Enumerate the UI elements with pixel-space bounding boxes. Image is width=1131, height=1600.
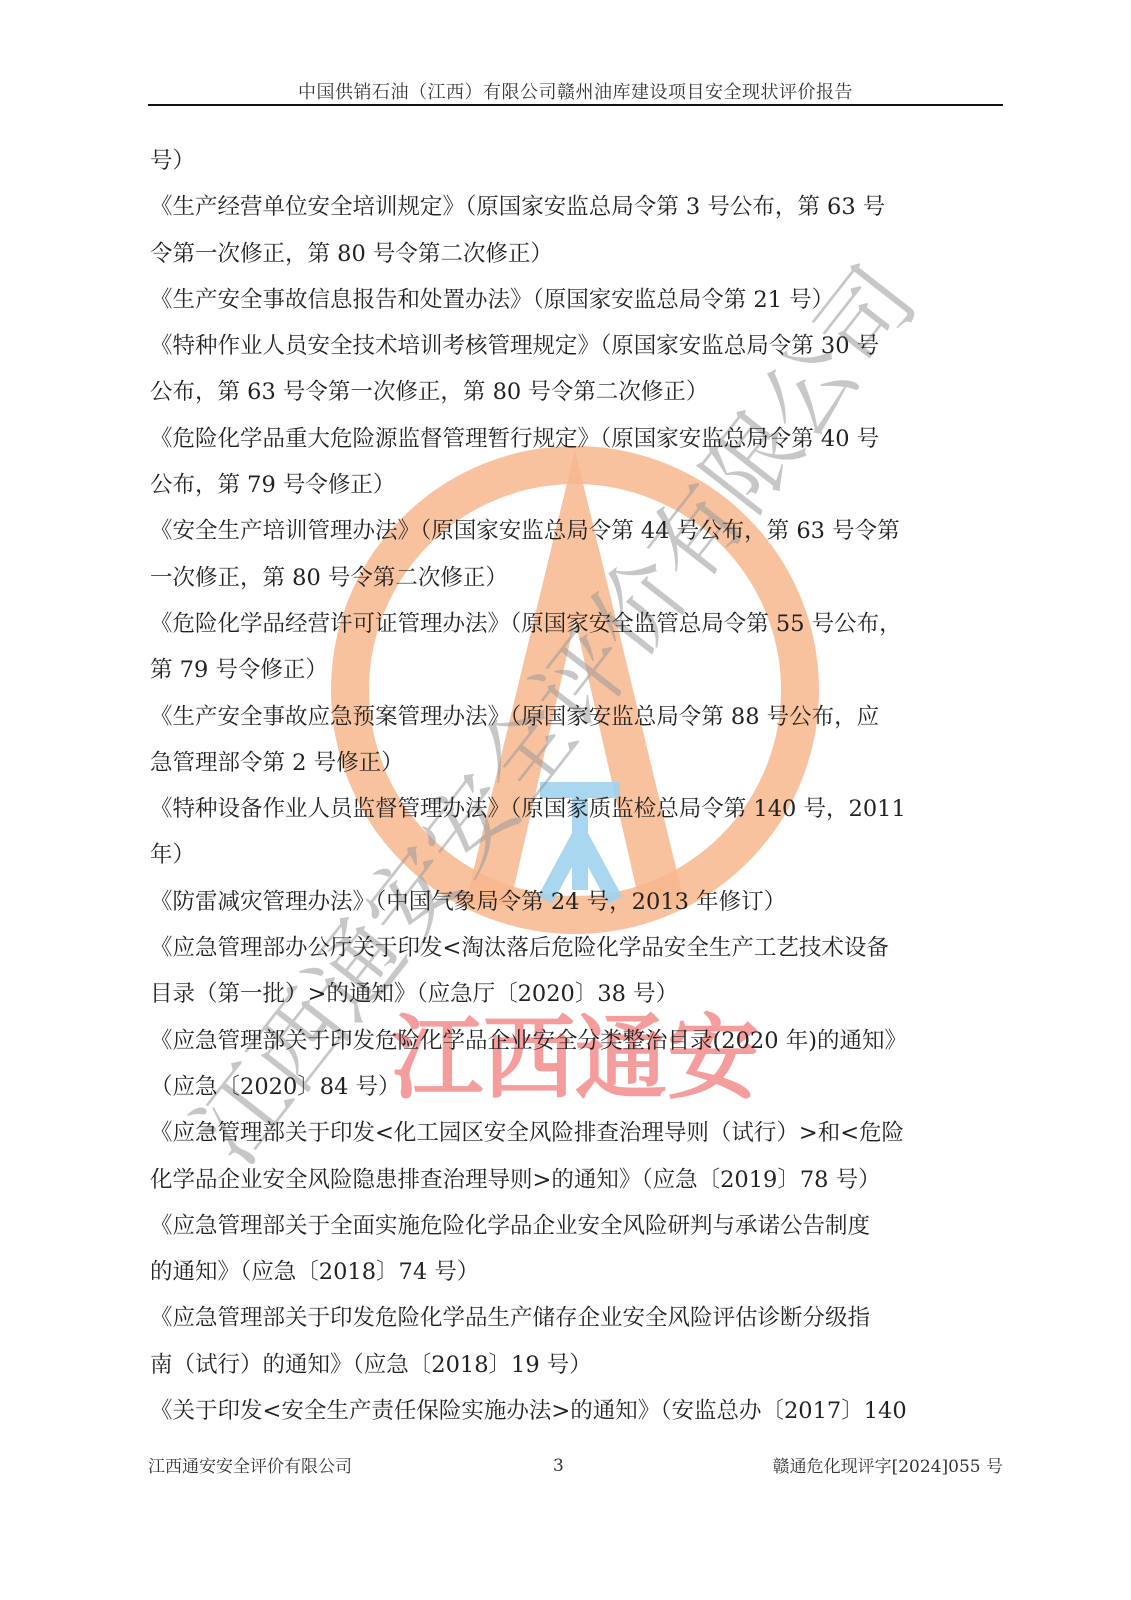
- list-line: 《安全生产培训管理办法》（原国家安监总局令第 44 号公布，第 63 号令第: [150, 508, 1005, 554]
- footer-company: 江西通安安全评价有限公司: [148, 1452, 352, 1477]
- list-line: 《防雷减灾管理办法》（中国气象局令第 24 号，2013 年修订）: [150, 879, 1005, 925]
- list-line: 年）: [150, 832, 1005, 878]
- list-line: 《生产安全事故信息报告和处置办法》（原国家安监总局令第 21 号）: [150, 277, 1005, 323]
- list-line: 化学品企业安全风险隐患排查治理导则>的通知》（应急〔2019〕78 号）: [150, 1157, 1005, 1203]
- list-line: 《生产经营单位安全培训规定》（原国家安监总局令第 3 号公布，第 63 号: [150, 184, 1005, 230]
- list-line: 《危险化学品重大危险源监督管理暂行规定》（原国家安监总局令第 40 号: [150, 416, 1005, 462]
- list-line: 号）: [150, 138, 1005, 184]
- list-line: 公布，第 63 号令第一次修正，第 80 号令第二次修正）: [150, 369, 1005, 415]
- list-line: 《特种设备作业人员监督管理办法》（原国家质监检总局令第 140 号，2011: [150, 786, 1005, 832]
- list-line: 《危险化学品经营许可证管理办法》（原国家安全监管总局令第 55 号公布，: [150, 601, 1005, 647]
- list-line: 公布，第 79 号令修正）: [150, 462, 1005, 508]
- list-line: 急管理部令第 2 号修正）: [150, 740, 1005, 786]
- list-line: 的通知》（应急〔2018〕74 号）: [150, 1249, 1005, 1295]
- list-line: 《特种作业人员安全技术培训考核管理规定》（原国家安监总局令第 30 号: [150, 323, 1005, 369]
- list-line: 南（试行）的通知》（应急〔2018〕19 号）: [150, 1342, 1005, 1388]
- list-line: 第 79 号令修正）: [150, 647, 1005, 693]
- list-line: （应急〔2020〕84 号）: [150, 1064, 1005, 1110]
- list-line: 《关于印发<安全生产责任保险实施办法>的通知》（安监总办〔2017〕140: [150, 1388, 1005, 1434]
- list-line: 《应急管理部关于印发危险化学品生产储存企业安全风险评估诊断分级指: [150, 1295, 1005, 1341]
- page-header-title: 中国供销石油（江西）有限公司赣州油库建设项目安全现状评价报告: [148, 78, 1003, 104]
- list-line: 《应急管理部办公厅关于印发<淘汰落后危险化学品安全生产工艺技术设备: [150, 925, 1005, 971]
- list-line: 《生产安全事故应急预案管理办法》（原国家安监总局令第 88 号公布，应: [150, 694, 1005, 740]
- regulations-list: 号） 《生产经营单位安全培训规定》（原国家安监总局令第 3 号公布，第 63 号…: [150, 138, 1005, 1434]
- list-line: 《应急管理部关于印发<化工园区安全风险排查治理导则（试行）>和<危险: [150, 1110, 1005, 1156]
- page-number: 3: [553, 1456, 564, 1476]
- list-line: 一次修正，第 80 号令第二次修正）: [150, 555, 1005, 601]
- header-divider: [148, 104, 1003, 106]
- footer-doc-number: 赣通危化现评字[2024]055 号: [773, 1452, 1003, 1477]
- list-line: 令第一次修正，第 80 号令第二次修正）: [150, 231, 1005, 277]
- list-line: 目录（第一批）>的通知》（应急厅〔2020〕38 号）: [150, 971, 1005, 1017]
- list-line: 《应急管理部关于印发危险化学品企业安全分类整治目录(2020 年)的通知》: [150, 1018, 1005, 1064]
- list-line: 《应急管理部关于全面实施危险化学品企业安全风险研判与承诺公告制度: [150, 1203, 1005, 1249]
